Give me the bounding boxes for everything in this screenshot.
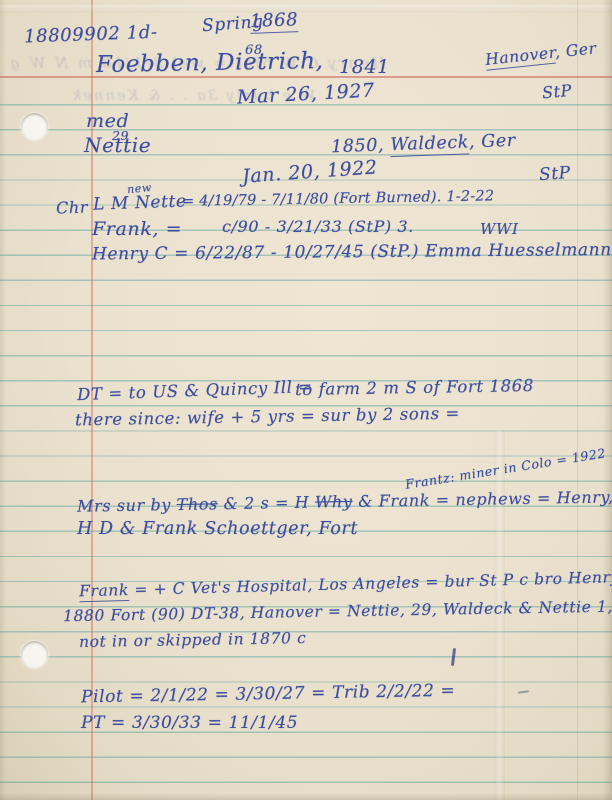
wife-birth-region: , Ger xyxy=(469,131,516,153)
pt-source-line: PT = 3/30/33 = 11/1/45 xyxy=(81,713,298,733)
husband-birth-year: 1841 xyxy=(339,56,390,78)
child-frank-dates: c/90 - 3/21/33 (StP) 3. xyxy=(222,217,414,236)
husband-church: StP xyxy=(541,81,573,103)
wife-church: StP xyxy=(538,163,571,185)
wife-birth-year: 1850, xyxy=(331,135,391,157)
christening-label: Chr xyxy=(56,197,89,217)
paper-edge-shadow-bottom xyxy=(0,793,612,800)
survivors-struck-1: Thos xyxy=(176,494,218,514)
record-id: 18809902 1d- xyxy=(24,22,158,48)
notebook-page: Henry C W hist = wel 3/1/18 m N W g W e … xyxy=(0,0,612,800)
child-frank-name: Frank, = xyxy=(92,218,182,240)
wife-name: Nettie xyxy=(84,133,151,157)
paper-edge-shadow-right xyxy=(603,0,612,800)
paper-edge-shadow-left xyxy=(0,0,6,800)
husband-birth-place: Hanover, Ger xyxy=(484,39,597,69)
child-nette-superscript: new xyxy=(126,181,152,196)
wife-birth-place: Waldeck xyxy=(390,132,469,157)
survivors-part-2: & 2 s = H xyxy=(218,493,315,514)
survivors-part-1: Mrs sur by xyxy=(77,495,177,516)
red-right-margin-line xyxy=(577,0,578,800)
child-frank-war-note: WWI xyxy=(480,220,519,238)
vets-frank-name: Frank xyxy=(79,581,129,602)
survivors-struck-2: Why xyxy=(315,492,353,512)
husband-birth-city: Hanover xyxy=(484,44,556,71)
husband-name: Foebben, Dietrich, xyxy=(96,48,324,78)
nephews-note: H D & Frank Schoettger, Fort xyxy=(77,519,358,539)
hole-punch-top xyxy=(21,113,48,140)
husband-birth-region: , Ger xyxy=(554,39,597,61)
season-year: 1868 xyxy=(250,9,299,34)
vets-note-tail: bro Henry, Arlington xyxy=(534,566,612,589)
hole-punch-bottom xyxy=(21,641,48,668)
paper-crease-top xyxy=(0,5,612,13)
